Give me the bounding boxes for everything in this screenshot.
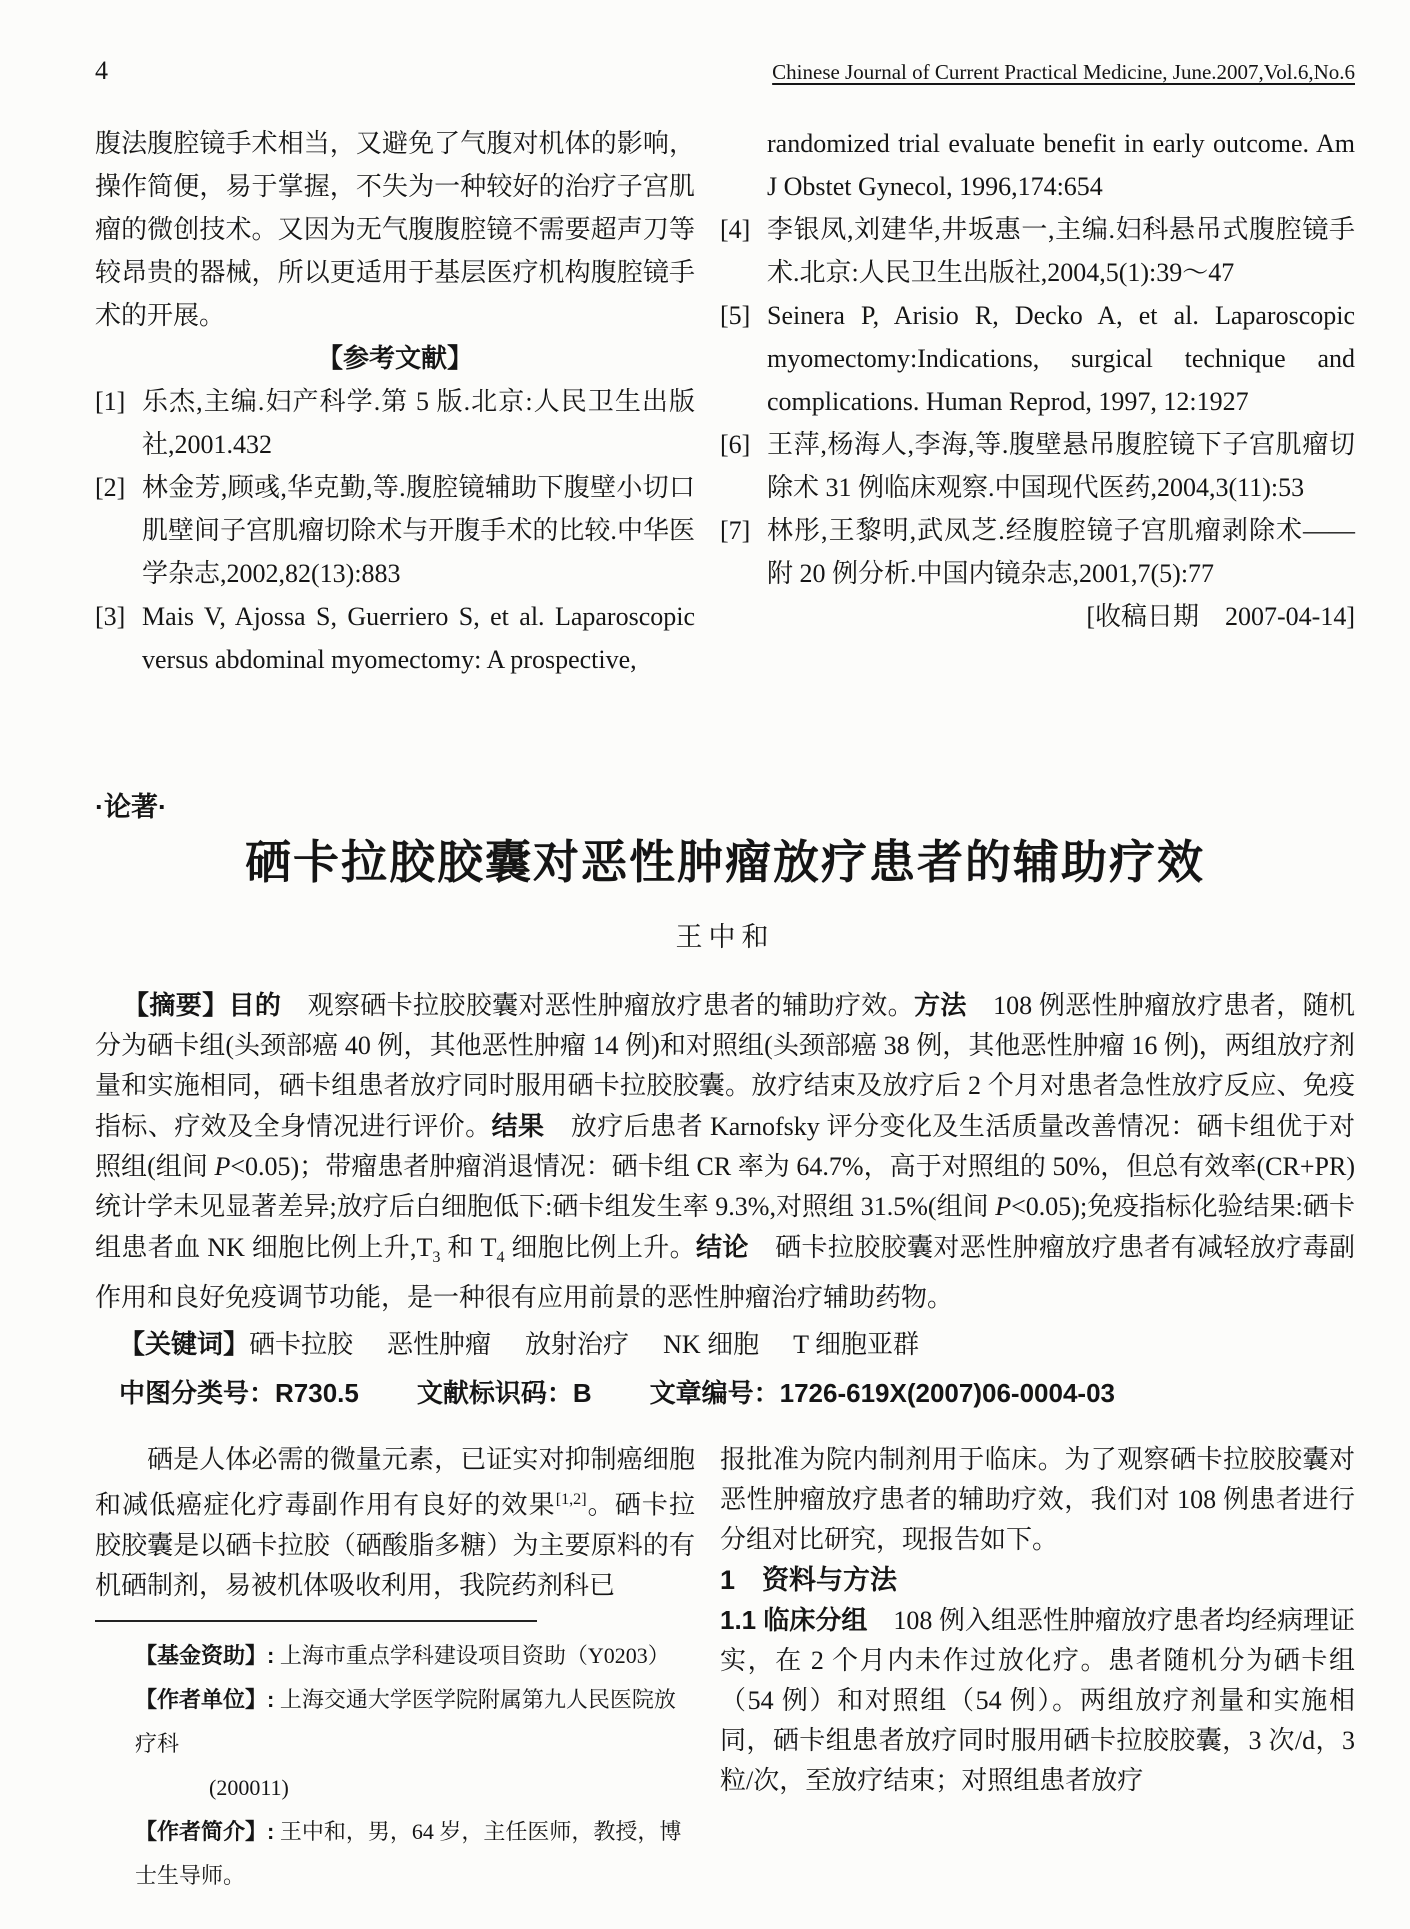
reference-marker: [3]	[95, 595, 125, 638]
reference-marker: [1]	[95, 380, 125, 423]
intro-paragraph-left: 硒是人体必需的微量元素，已证实对抑制癌细胞和减低癌症化疗毒副作用有良好的效果[1…	[95, 1440, 695, 1606]
footnote-label: 【基金资助】:	[135, 1643, 274, 1668]
reference-item: [7]林彤,王黎明,武凤芝.经腹腔镜子宫肌瘤剥除术——附 20 例分析.中国内镜…	[720, 509, 1355, 595]
reference-item: [6]王萍,杨海人,李海,等.腹壁悬吊腹腔镜下子宫肌瘤切除术 31 例临床观察.…	[720, 423, 1355, 509]
footnote-label: 【作者单位】:	[135, 1687, 274, 1712]
reference-item: randomized trial evaluate benefit in ear…	[720, 122, 1355, 208]
text-segment: 观察硒卡拉胶胶囊对恶性肿瘤放疗患者的辅助疗效。	[281, 991, 914, 1020]
article-title: 硒卡拉胶胶囊对恶性肿瘤放疗患者的辅助疗效	[95, 833, 1355, 891]
section-heading-materials-methods: 1 资料与方法	[720, 1560, 1355, 1600]
reference-item: [2]林金芳,顾彧,华克勤,等.腹腔镜辅助下腹壁小切口肌壁间子宫肌瘤切除术与开腹…	[95, 466, 695, 595]
references-list-right: randomized trial evaluate benefit in ear…	[720, 122, 1355, 595]
body-section: 硒是人体必需的微量元素，已证实对抑制癌细胞和减低癌症化疗毒副作用有良好的效果[1…	[95, 1440, 1355, 1898]
keywords-line: 【关键词】硒卡拉胶恶性肿瘤放射治疗NK 细胞T 细胞亚群	[95, 1324, 1355, 1365]
reference-text: 乐杰,主编.妇产科学.第 5 版.北京:人民卫生出版社,2001.432	[142, 387, 695, 459]
references-heading: 【参考文献】	[95, 337, 695, 380]
intro-paragraph-right: 报批准为院内制剂用于临床。为了观察硒卡拉胶胶囊对恶性肿瘤放疗患者的辅助疗效，我们…	[720, 1440, 1355, 1560]
reference-item: [5]Seinera P, Arisio R, Decko A, et al. …	[720, 294, 1355, 423]
reference-marker: [4]	[720, 208, 750, 251]
reference-text: 林彤,王黎明,武凤芝.经腹腔镜子宫肌瘤剥除术——附 20 例分析.中国内镜杂志,…	[767, 516, 1355, 588]
classification-line: 中图分类号：R730.5文献标识码：B文章编号：1726-619X(2007)0…	[95, 1373, 1355, 1414]
reference-marker: [6]	[720, 423, 750, 466]
classification-item: 文章编号：1726-619X(2007)06-0004-03	[650, 1378, 1115, 1408]
reference-marker: [2]	[95, 466, 125, 509]
text-segment: 结果	[492, 1111, 545, 1141]
reference-text: 王萍,杨海人,李海,等.腹壁悬吊腹腔镜下子宫肌瘤切除术 31 例临床观察.中国现…	[767, 430, 1355, 502]
subsection-label: 1.1 临床分组	[720, 1605, 867, 1635]
abstract-paragraph: 【摘要】目的 观察硒卡拉胶胶囊对恶性肿瘤放疗患者的辅助疗效。方法 108 例恶性…	[95, 985, 1355, 1318]
footnote-item: 【作者单位】: 上海交通大学医学院附属第九人民医院放疗科	[95, 1678, 695, 1766]
references-list-left: [1]乐杰,主编.妇产科学.第 5 版.北京:人民卫生出版社,2001.432[…	[95, 380, 695, 681]
text-segment: 目的	[228, 990, 281, 1020]
keyword: NK 细胞	[663, 1330, 759, 1359]
keywords-label: 【关键词】	[119, 1329, 249, 1359]
page-number: 4	[95, 56, 108, 86]
text-segment: 细胞比例上升。	[505, 1233, 696, 1262]
reference-item: [4]李银凤,刘建华,井坂惠一,主编.妇科悬吊式腹腔镜手术.北京:人民卫生出版社…	[720, 208, 1355, 294]
reference-text: Mais V, Ajossa S, Guerriero S, et al. La…	[142, 602, 695, 674]
references-right-column: randomized trial evaluate benefit in ear…	[720, 122, 1355, 681]
previous-article-closing-paragraph: 腹法腹腔镜手术相当，又避免了气腹对机体的影响，操作简便，易于掌握，不失为一种较好…	[95, 122, 695, 337]
received-date: [收稿日期 2007-04-14]	[720, 595, 1355, 638]
text-segment: 和 T	[440, 1233, 496, 1262]
classification-item: 文献标识码：B	[417, 1378, 592, 1408]
keyword: 恶性肿瘤	[387, 1330, 491, 1359]
text-segment: 方法	[914, 990, 967, 1020]
footnote-text-line2: (200011)	[95, 1766, 695, 1810]
journal-running-title: Chinese Journal of Current Practical Med…	[772, 60, 1355, 85]
reference-item: [1]乐杰,主编.妇产科学.第 5 版.北京:人民卫生出版社,2001.432	[95, 380, 695, 466]
reference-text: Seinera P, Arisio R, Decko A, et al. Lap…	[767, 301, 1355, 416]
footnotes-block: 【基金资助】: 上海市重点学科建设项目资助（Y0203）【作者单位】: 上海交通…	[95, 1634, 695, 1898]
text-segment: P	[995, 1192, 1011, 1221]
body-right-column: 报批准为院内制剂用于临床。为了观察硒卡拉胶胶囊对恶性肿瘤放疗患者的辅助疗效，我们…	[720, 1440, 1355, 1898]
body-left-column: 硒是人体必需的微量元素，已证实对抑制癌细胞和减低癌症化疗毒副作用有良好的效果[1…	[95, 1440, 695, 1898]
subsection-clinical-grouping-paragraph: 1.1 临床分组 108 例入组恶性肿瘤放疗患者均经病理证实，在 2 个月内未作…	[720, 1600, 1355, 1801]
references-section: 腹法腹腔镜手术相当，又避免了气腹对机体的影响，操作简便，易于掌握，不失为一种较好…	[95, 122, 1355, 681]
journal-page: 4 Chinese Journal of Current Practical M…	[0, 0, 1410, 1929]
keyword: 放射治疗	[525, 1330, 629, 1359]
reference-text: randomized trial evaluate benefit in ear…	[767, 129, 1355, 201]
reference-item: [3]Mais V, Ajossa S, Guerriero S, et al.…	[95, 595, 695, 681]
text-segment: [1,2]	[556, 1491, 587, 1508]
classification-item: 中图分类号：R730.5	[119, 1378, 359, 1408]
keyword: 硒卡拉胶	[249, 1330, 353, 1359]
text-segment: 【摘要】	[123, 990, 228, 1020]
footnote-rule	[95, 1620, 537, 1622]
reference-text: 林金芳,顾彧,华克勤,等.腹腔镜辅助下腹壁小切口肌壁间子宫肌瘤切除术与开腹手术的…	[142, 473, 695, 588]
footnote-text: 上海市重点学科建设项目资助（Y0203）	[274, 1643, 669, 1668]
references-left-column: 腹法腹腔镜手术相当，又避免了气腹对机体的影响，操作简便，易于掌握，不失为一种较好…	[95, 122, 695, 681]
text-segment: 结论	[696, 1232, 749, 1262]
reference-marker: [7]	[720, 509, 750, 552]
text-segment: 4	[496, 1249, 504, 1266]
page-header: 4 Chinese Journal of Current Practical M…	[95, 56, 1355, 86]
footnote-label: 【作者简介】:	[135, 1819, 274, 1844]
keyword: T 细胞亚群	[793, 1330, 919, 1359]
footnote-item: 【基金资助】: 上海市重点学科建设项目资助（Y0203）	[95, 1634, 695, 1678]
text-segment: P	[214, 1152, 230, 1181]
article-category-label: ·论著·	[95, 787, 1355, 827]
footnote-item: 【作者简介】: 王中和，男，64 岁，主任医师，教授，博士生导师。	[95, 1810, 695, 1898]
reference-marker: [5]	[720, 294, 750, 337]
reference-text: 李银凤,刘建华,井坂惠一,主编.妇科悬吊式腹腔镜手术.北京:人民卫生出版社,20…	[767, 215, 1355, 287]
article-author: 王中和	[95, 917, 1355, 957]
